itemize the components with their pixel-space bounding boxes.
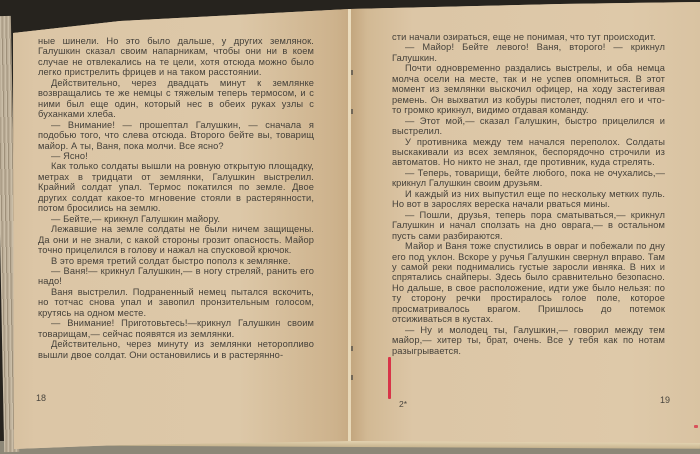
stitch-mark [351, 375, 353, 380]
paragraph: Почти одновременно раздались выстрелы, и… [392, 63, 665, 115]
paragraph: — Внимание! Приготовьтесь!—крикнул Галуш… [38, 318, 314, 339]
paragraph: — Внимание! — прошептал Галушкин, — снач… [38, 120, 314, 151]
page-number-right: 19 [660, 395, 670, 405]
paragraph: Майор и Ваня тоже спустились в овраг и п… [392, 241, 665, 325]
paragraph: — Майор! Бейте левого! Ваня, второго! — … [392, 42, 665, 63]
red-margin-line [388, 357, 391, 399]
paragraph: У противника между тем начался переполох… [392, 137, 665, 168]
paragraph: Действительно, через минуту из землянки … [38, 339, 314, 360]
paragraph: ные шинели. Но это было дальше, у других… [38, 36, 314, 78]
paragraph: — Ну и молодец ты, Галушкин,— говорил ме… [392, 325, 665, 356]
paragraph: — Пошли, друзья, теперь пора сматываться… [392, 210, 665, 241]
book-scan-photo: { "left_page": { "page_number": "18", "p… [0, 0, 700, 454]
paragraph: — Ясно! [38, 151, 314, 161]
stitch-mark [351, 346, 353, 351]
paragraph: сти начали озираться, еще не понимая, чт… [392, 32, 665, 42]
stitch-mark [351, 109, 353, 114]
paragraph: Ваня выстрелил. Подраненный немец пыталс… [38, 287, 314, 318]
stitch-mark [351, 70, 353, 75]
paragraph: Действительно, через двадцать минут к зе… [38, 78, 314, 120]
paragraph: И каждый из них выпустил еще по нескольк… [392, 189, 665, 210]
paragraph: — Теперь, товарищи, бейте любого, пока н… [392, 168, 665, 189]
red-speck [694, 425, 698, 428]
paragraph: — Бейте,— крикнул Галушкин майору. [38, 214, 314, 224]
right-page-text-column: сти начали озираться, еще не понимая, чт… [392, 32, 665, 356]
paragraph: В это время третий солдат быстро пополз … [38, 256, 314, 266]
paragraph: — Ваня!— крикнул Галушкин,— в ногу стрел… [38, 266, 314, 287]
open-book-spread: ные шинели. Но это было дальше, у других… [0, 0, 700, 454]
paragraph: Лежавшие на земле солдаты не были ничем … [38, 224, 314, 255]
paragraph: Как только солдаты вышли на ровную откры… [38, 161, 314, 213]
paragraph: — Этот мой,— сказал Галушкин, быстро при… [392, 116, 665, 137]
signature-mark: 2* [399, 399, 407, 409]
page-number-left: 18 [36, 393, 46, 403]
left-page-text-column: ные шинели. Но это было дальше, у других… [38, 36, 314, 360]
